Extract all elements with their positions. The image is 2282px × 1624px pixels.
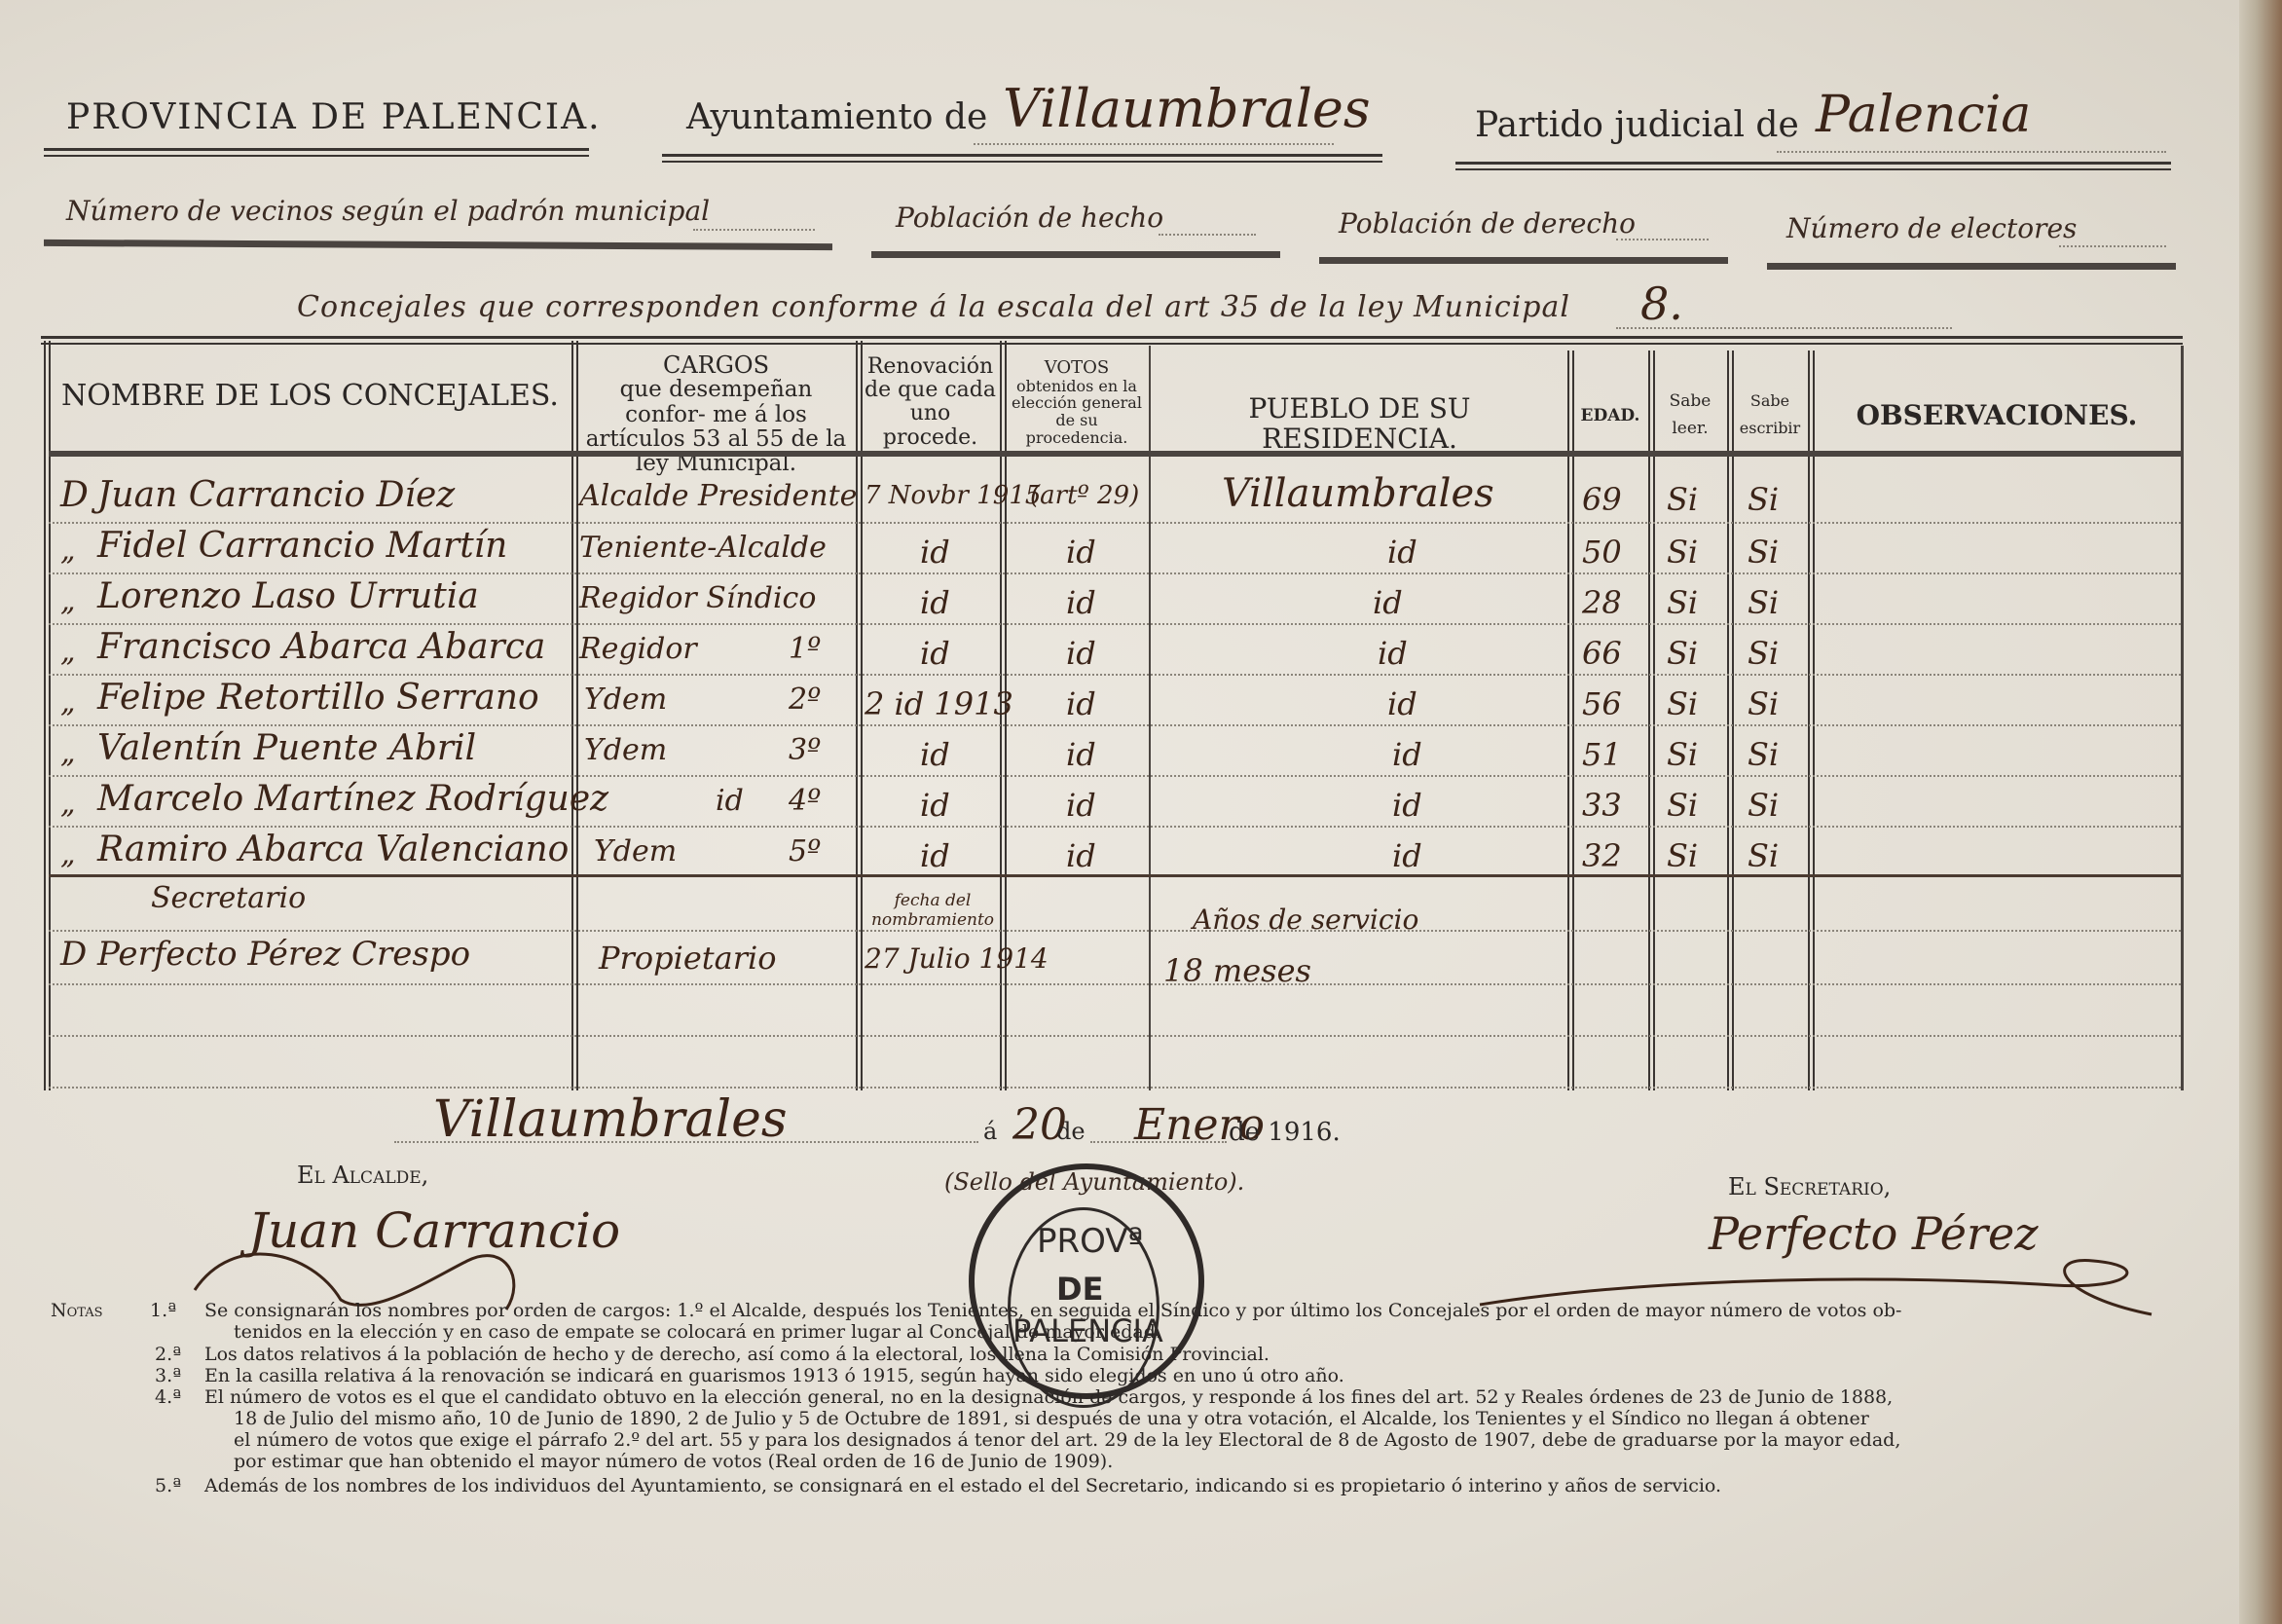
row-prefix: „: [60, 837, 76, 871]
row-ordinal: 4º: [789, 784, 821, 818]
secretario-prefix: D: [60, 935, 87, 974]
row-leer: Si: [1667, 635, 1698, 672]
row-rule: [49, 1035, 2181, 1037]
header-pueblo: PUEBLO DE SU RESIDENCIA.: [1152, 394, 1567, 455]
secretario-footer-label: El Secretario,: [1728, 1173, 1891, 1200]
row-name: Valentín Puente Abril: [97, 728, 476, 768]
row-votos: id: [1066, 837, 1096, 874]
row-rule: [49, 874, 2181, 877]
row-cargo: Ydem: [594, 834, 677, 868]
row-cargo: Regidor Síndico: [579, 581, 816, 615]
row-prefix: „: [60, 584, 76, 618]
header-escribir: Sabe escribir: [1732, 388, 1808, 442]
row-prefix: „: [60, 736, 76, 770]
row-votos: id: [1066, 685, 1096, 722]
note-number: 3.ª: [155, 1365, 181, 1386]
row-rule: [49, 1087, 2181, 1089]
row-rule: [49, 826, 2181, 828]
notes-label: Notas: [51, 1300, 103, 1321]
divider: [871, 251, 1280, 258]
vecinos-label: Número de vecinos según el padrón munici…: [66, 195, 710, 227]
row-edad: 28: [1582, 584, 1622, 621]
row-ordinal: 3º: [789, 733, 821, 767]
header-cargos-title: CARGOS: [576, 352, 856, 378]
row-prefix: D: [60, 475, 89, 515]
row-cargo: Teniente-Alcalde: [579, 531, 827, 565]
divider: [1767, 263, 2176, 270]
note-text-cont: tenidos en la elección y en caso de empa…: [234, 1321, 1161, 1343]
secretario-name: Perfecto Pérez Crespo: [97, 935, 470, 974]
row-pueblo: id: [1392, 736, 1422, 773]
note-text: En la casilla relativa á la renovación s…: [204, 1365, 1344, 1386]
table-top-border: [41, 336, 2183, 345]
row-rule: [49, 522, 2181, 524]
row-prefix: „: [60, 534, 76, 568]
dotted-fill: [1159, 234, 1256, 236]
note-number: 4.ª: [155, 1386, 181, 1408]
dotted-fill: [974, 143, 1334, 145]
row-leer: Si: [1667, 685, 1698, 722]
partido-value: Palencia: [1816, 86, 2031, 144]
document-page: PROVINCIA DE PALENCIA. Ayuntamiento de V…: [0, 0, 2239, 1624]
row-name: Fidel Carrancio Martín: [97, 526, 507, 566]
header-votos: VOTOS obtenidos en la elección general d…: [1005, 358, 1149, 446]
header-votos-title: VOTOS: [1005, 358, 1149, 378]
row-escribir: Si: [1748, 787, 1779, 824]
row-escribir: Si: [1748, 534, 1779, 571]
row-cargo: Regidor: [579, 632, 697, 666]
row-rule: [49, 983, 2181, 985]
column-divider: [1808, 351, 1815, 1090]
row-rule: [49, 572, 2181, 574]
row-rule: [49, 930, 2181, 932]
row-rule: [49, 775, 2181, 777]
header-nombre: NOMBRE DE LOS CONCEJALES.: [49, 380, 571, 412]
row-leer: Si: [1667, 837, 1698, 874]
note-text: Además de los nombres de los individuos …: [204, 1475, 1721, 1496]
row-edad: 69: [1582, 481, 1622, 518]
secretario-pueblo-label: Años de servicio: [1193, 904, 1418, 936]
table-right-border: [2181, 346, 2184, 1090]
province-title: PROVINCIA DE PALENCIA.: [66, 97, 602, 137]
row-ordinal: 1º: [789, 632, 821, 666]
poblacion-derecho-label: Población de derecho: [1339, 207, 1636, 240]
row-renovacion: 7 Novbr 1915: [865, 481, 1041, 510]
row-leer: Si: [1667, 584, 1698, 621]
alcalde-label: El Alcalde,: [297, 1162, 428, 1189]
ayuntamiento-label: Ayuntamiento de: [686, 97, 987, 137]
note-number: 1.ª: [150, 1300, 176, 1321]
row-rule: [49, 724, 2181, 726]
ayuntamiento-value: Villaumbrales: [1003, 78, 1371, 139]
signature-flourish-icon: [1470, 1256, 2171, 1334]
row-escribir: Si: [1748, 584, 1779, 621]
header-cargos: CARGOS que desempeñan confor- me á los a…: [576, 352, 856, 477]
note-text: El número de votos es el que el candidat…: [204, 1386, 1893, 1408]
footer-de-label: de: [1056, 1118, 1086, 1145]
row-escribir: Si: [1748, 837, 1779, 874]
row-rule: [49, 623, 2181, 625]
row-renovacion: id: [920, 837, 950, 874]
note-number: 2.ª: [155, 1344, 181, 1365]
row-leer: Si: [1667, 736, 1698, 773]
row-votos: (artº 29): [1030, 481, 1139, 510]
header-observaciones: OBSERVACIONES.: [1813, 401, 2181, 431]
row-name: Juan Carrancio Díez: [97, 475, 455, 515]
footer-place: Villaumbrales: [433, 1090, 788, 1149]
secretario-renovacion: 27 Julio 1914: [865, 942, 1049, 975]
dotted-fill: [1616, 239, 1709, 240]
row-rule: [49, 674, 2181, 676]
header-separator: [49, 451, 2181, 457]
row-votos: id: [1066, 584, 1096, 621]
row-edad: 56: [1582, 685, 1622, 722]
header-leer: Sabe leer.: [1653, 388, 1727, 442]
divider: [1455, 162, 2171, 170]
row-renovacion: id: [920, 534, 950, 571]
row-edad: 51: [1582, 736, 1622, 773]
row-name: Felipe Retortillo Serrano: [97, 678, 539, 718]
row-edad: 50: [1582, 534, 1622, 571]
row-renovacion: id: [920, 736, 950, 773]
row-prefix: „: [60, 787, 76, 821]
row-pueblo: id: [1392, 787, 1422, 824]
divider: [44, 148, 589, 157]
row-pueblo: id: [1392, 837, 1422, 874]
row-leer: Si: [1667, 481, 1698, 518]
divider: [44, 240, 832, 250]
secretario-cargo: Propietario: [599, 940, 776, 977]
note-text: Los datos relativos á la población de he…: [204, 1344, 1270, 1365]
row-pueblo: id: [1387, 685, 1417, 722]
row-escribir: Si: [1748, 481, 1779, 518]
column-divider: [1567, 351, 1574, 1090]
dotted-fill: [2059, 245, 2166, 247]
row-renovacion: 2 id 1913: [865, 685, 1013, 722]
row-name: Ramiro Abarca Valenciano: [97, 830, 569, 869]
footer-a-label: á: [983, 1118, 997, 1145]
poblacion-hecho-label: Población de hecho: [896, 202, 1163, 234]
row-renovacion: id: [920, 584, 950, 621]
electores-label: Número de electores: [1786, 212, 2077, 244]
row-escribir: Si: [1748, 635, 1779, 672]
row-pueblo: Villaumbrales: [1222, 471, 1494, 516]
row-name: Marcelo Martínez Rodríguez: [97, 779, 608, 819]
divider: [1319, 257, 1728, 264]
row-edad: 66: [1582, 635, 1622, 672]
concejales-value: 8.: [1640, 277, 1683, 330]
row-name: Francisco Abarca Abarca: [97, 627, 545, 667]
row-pueblo: id: [1373, 584, 1403, 621]
secretario-label: Secretario: [151, 881, 306, 915]
row-renovacion: id: [920, 787, 950, 824]
row-pueblo: id: [1378, 635, 1408, 672]
row-cargo: Ydem: [584, 683, 667, 717]
stamp-line1: PROVª: [1037, 1222, 1144, 1261]
row-cargo: Ydem: [584, 733, 667, 767]
row-votos: id: [1066, 635, 1096, 672]
column-divider: [1727, 351, 1734, 1090]
column-divider: [1648, 351, 1655, 1090]
header-renovacion: Renovación de que cada uno procede.: [861, 355, 1000, 450]
row-leer: Si: [1667, 787, 1698, 824]
row-votos: id: [1066, 736, 1096, 773]
column-divider: [1149, 346, 1151, 1090]
row-edad: 32: [1582, 837, 1622, 874]
divider: [662, 154, 1382, 163]
book-binding-edge: [2239, 0, 2282, 1624]
secretario-signature: Perfecto Pérez: [1709, 1207, 2038, 1260]
row-votos: id: [1066, 787, 1096, 824]
row-cargo: id: [716, 784, 744, 818]
row-cargo: Alcalde Presidente: [579, 479, 857, 513]
row-escribir: Si: [1748, 736, 1779, 773]
dotted-fill: [693, 229, 815, 231]
row-ordinal: 5º: [789, 834, 821, 868]
partido-label: Partido judicial de: [1475, 105, 1799, 145]
dotted-fill: [1777, 151, 2166, 153]
header-votos-sub: obtenidos en la elección general de su p…: [1005, 378, 1149, 446]
header-cargos-sub: que desempeñan confor- me á los artículo…: [576, 378, 856, 476]
row-renovacion: id: [920, 635, 950, 672]
note-text-cont: 18 de Julio del mismo año, 10 de Junio d…: [234, 1408, 1900, 1472]
secretario-pueblo: 18 meses: [1163, 952, 1311, 989]
row-ordinal: 2º: [789, 683, 821, 717]
note-text: Se consignarán los nombres por orden de …: [204, 1300, 1901, 1321]
note-number: 5.ª: [155, 1475, 181, 1496]
header-edad: EDAD.: [1572, 407, 1648, 425]
concejales-label: Concejales que corresponden conforme á l…: [297, 290, 1570, 324]
dotted-fill: [394, 1141, 978, 1143]
row-escribir: Si: [1748, 685, 1779, 722]
secretario-renovacion-label: fecha del nombramiento: [865, 891, 1001, 930]
row-name: Lorenzo Laso Urrutia: [97, 576, 479, 616]
row-pueblo: id: [1387, 534, 1417, 571]
row-edad: 33: [1582, 787, 1622, 824]
dotted-fill: [1616, 327, 1952, 329]
row-leer: Si: [1667, 534, 1698, 571]
footer-year: de 1916.: [1229, 1118, 1341, 1147]
row-prefix: „: [60, 635, 76, 669]
dotted-fill: [1090, 1141, 1227, 1143]
row-prefix: „: [60, 685, 76, 720]
row-votos: id: [1066, 534, 1096, 571]
